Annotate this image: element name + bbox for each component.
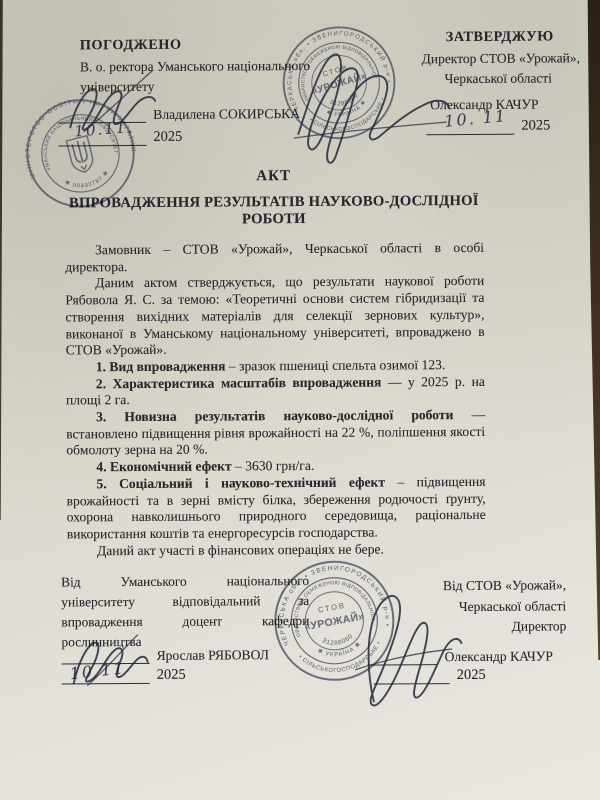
svg-text:✱ УКРАЇНА ✱: ✱ УКРАЇНА ✱ (324, 98, 370, 123)
signer-name-footer-left: Ярослав РЯБОВОЛ (157, 647, 270, 664)
paragraph: Даний акт участі в фінансових операціях … (67, 541, 486, 560)
stamp-code: 31286060 (320, 632, 356, 650)
footer-right-line1: Від СТОВ «Урожай», (414, 575, 566, 597)
stamp-country: ✱ УКРАЇНА ✱ (324, 98, 370, 123)
scanned-document-photo: ПОГОДЖЕНО В. о. ректора Уманського націо… (0, 0, 600, 800)
document-page: ПОГОДЖЕНО В. о. ректора Уманського націо… (0, 0, 600, 800)
svg-text:✱ УКРАЇНА ✱: ✱ УКРАЇНА ✱ (315, 640, 364, 662)
paragraph: 2. Характеристика масштабів впровадження… (66, 373, 485, 409)
approval-right-line2: Черкаської області (364, 68, 580, 89)
footer-right-line2: Черкаської області (414, 596, 566, 618)
document-title: АКТ ВПРОВАДЖЕННЯ РЕЗУЛЬТАТІВ НАУКОВО-ДОС… (59, 167, 489, 230)
year-left: 2025 (153, 129, 182, 146)
approval-right-line1: Директор СТОВ «Урожай», (364, 48, 580, 69)
paragraph: 3. Новизна результатів науково-дослідної… (66, 407, 485, 460)
title-line2: ВПРОВАДЖЕННЯ РЕЗУЛЬТАТІВ НАУКОВО-ДОСЛІДН… (59, 193, 489, 230)
footer-right-block: Від СТОВ «Урожай», Черкаської області Ди… (414, 575, 566, 638)
title-line1: АКТ (59, 167, 489, 187)
footer-left-text: Від Уманського національного університет… (61, 571, 309, 653)
stamp-code: 31286060 (327, 91, 361, 111)
paragraph: Замовник – СТОВ «Урожай», Черкаської обл… (65, 240, 484, 276)
signer-name-footer-right: Олександр КАЧУР (445, 648, 553, 665)
stamp-country: ✱ УКРАЇНА ✱ (315, 640, 364, 662)
approval-right-label: ЗАТВЕРДЖУЮ (364, 28, 580, 46)
signature-row-footer-right-name: Олександр КАЧУР (368, 648, 553, 665)
approval-block-left: ПОГОДЖЕНО В. о. ректора Уманського націо… (80, 36, 332, 97)
svg-text:• СІЛЬСЬКОГОСПОДАРСЬКЕ •: • СІЛЬСЬКОГОСПОДАРСЬКЕ • (307, 95, 393, 142)
footer-right-line3: Директор (414, 617, 566, 639)
approval-left-line1: В. о. ректора Уманського національного (80, 56, 332, 77)
signature-row-footer-right-date: 2025 (374, 667, 486, 685)
year-footer-left: 2025 (157, 667, 186, 684)
approval-block-right: ЗАТВЕРДЖУЮ Директор СТОВ «Урожай», Черка… (364, 28, 580, 88)
approval-left-label: ПОГОДЖЕНО (80, 36, 332, 55)
signature-line (368, 651, 438, 665)
year-footer-right: 2025 (457, 667, 486, 684)
stamp-center-small: СТОВ (317, 601, 346, 615)
year-right: 2025 (521, 117, 550, 134)
approval-left-line2: університету (80, 75, 332, 96)
date-line (374, 670, 450, 684)
svg-text:31286060: 31286060 (327, 91, 361, 111)
stamp-center-name: «УРОЖАЙ» (303, 609, 365, 633)
document-body: Замовник – СТОВ «Урожай», Черкаської обл… (65, 240, 486, 560)
paragraph: 5. Соціальний і науково-технічний ефект … (66, 474, 485, 543)
svg-text:31286060: 31286060 (320, 632, 356, 650)
stamp-ring-text: • СІЛЬСЬКОГОСПОДАРСЬКЕ • (307, 95, 393, 142)
paragraph: Даним актом стверджується, що результати… (65, 273, 485, 359)
signer-name-left: Владилена СОКИРСЬКА (153, 106, 300, 123)
